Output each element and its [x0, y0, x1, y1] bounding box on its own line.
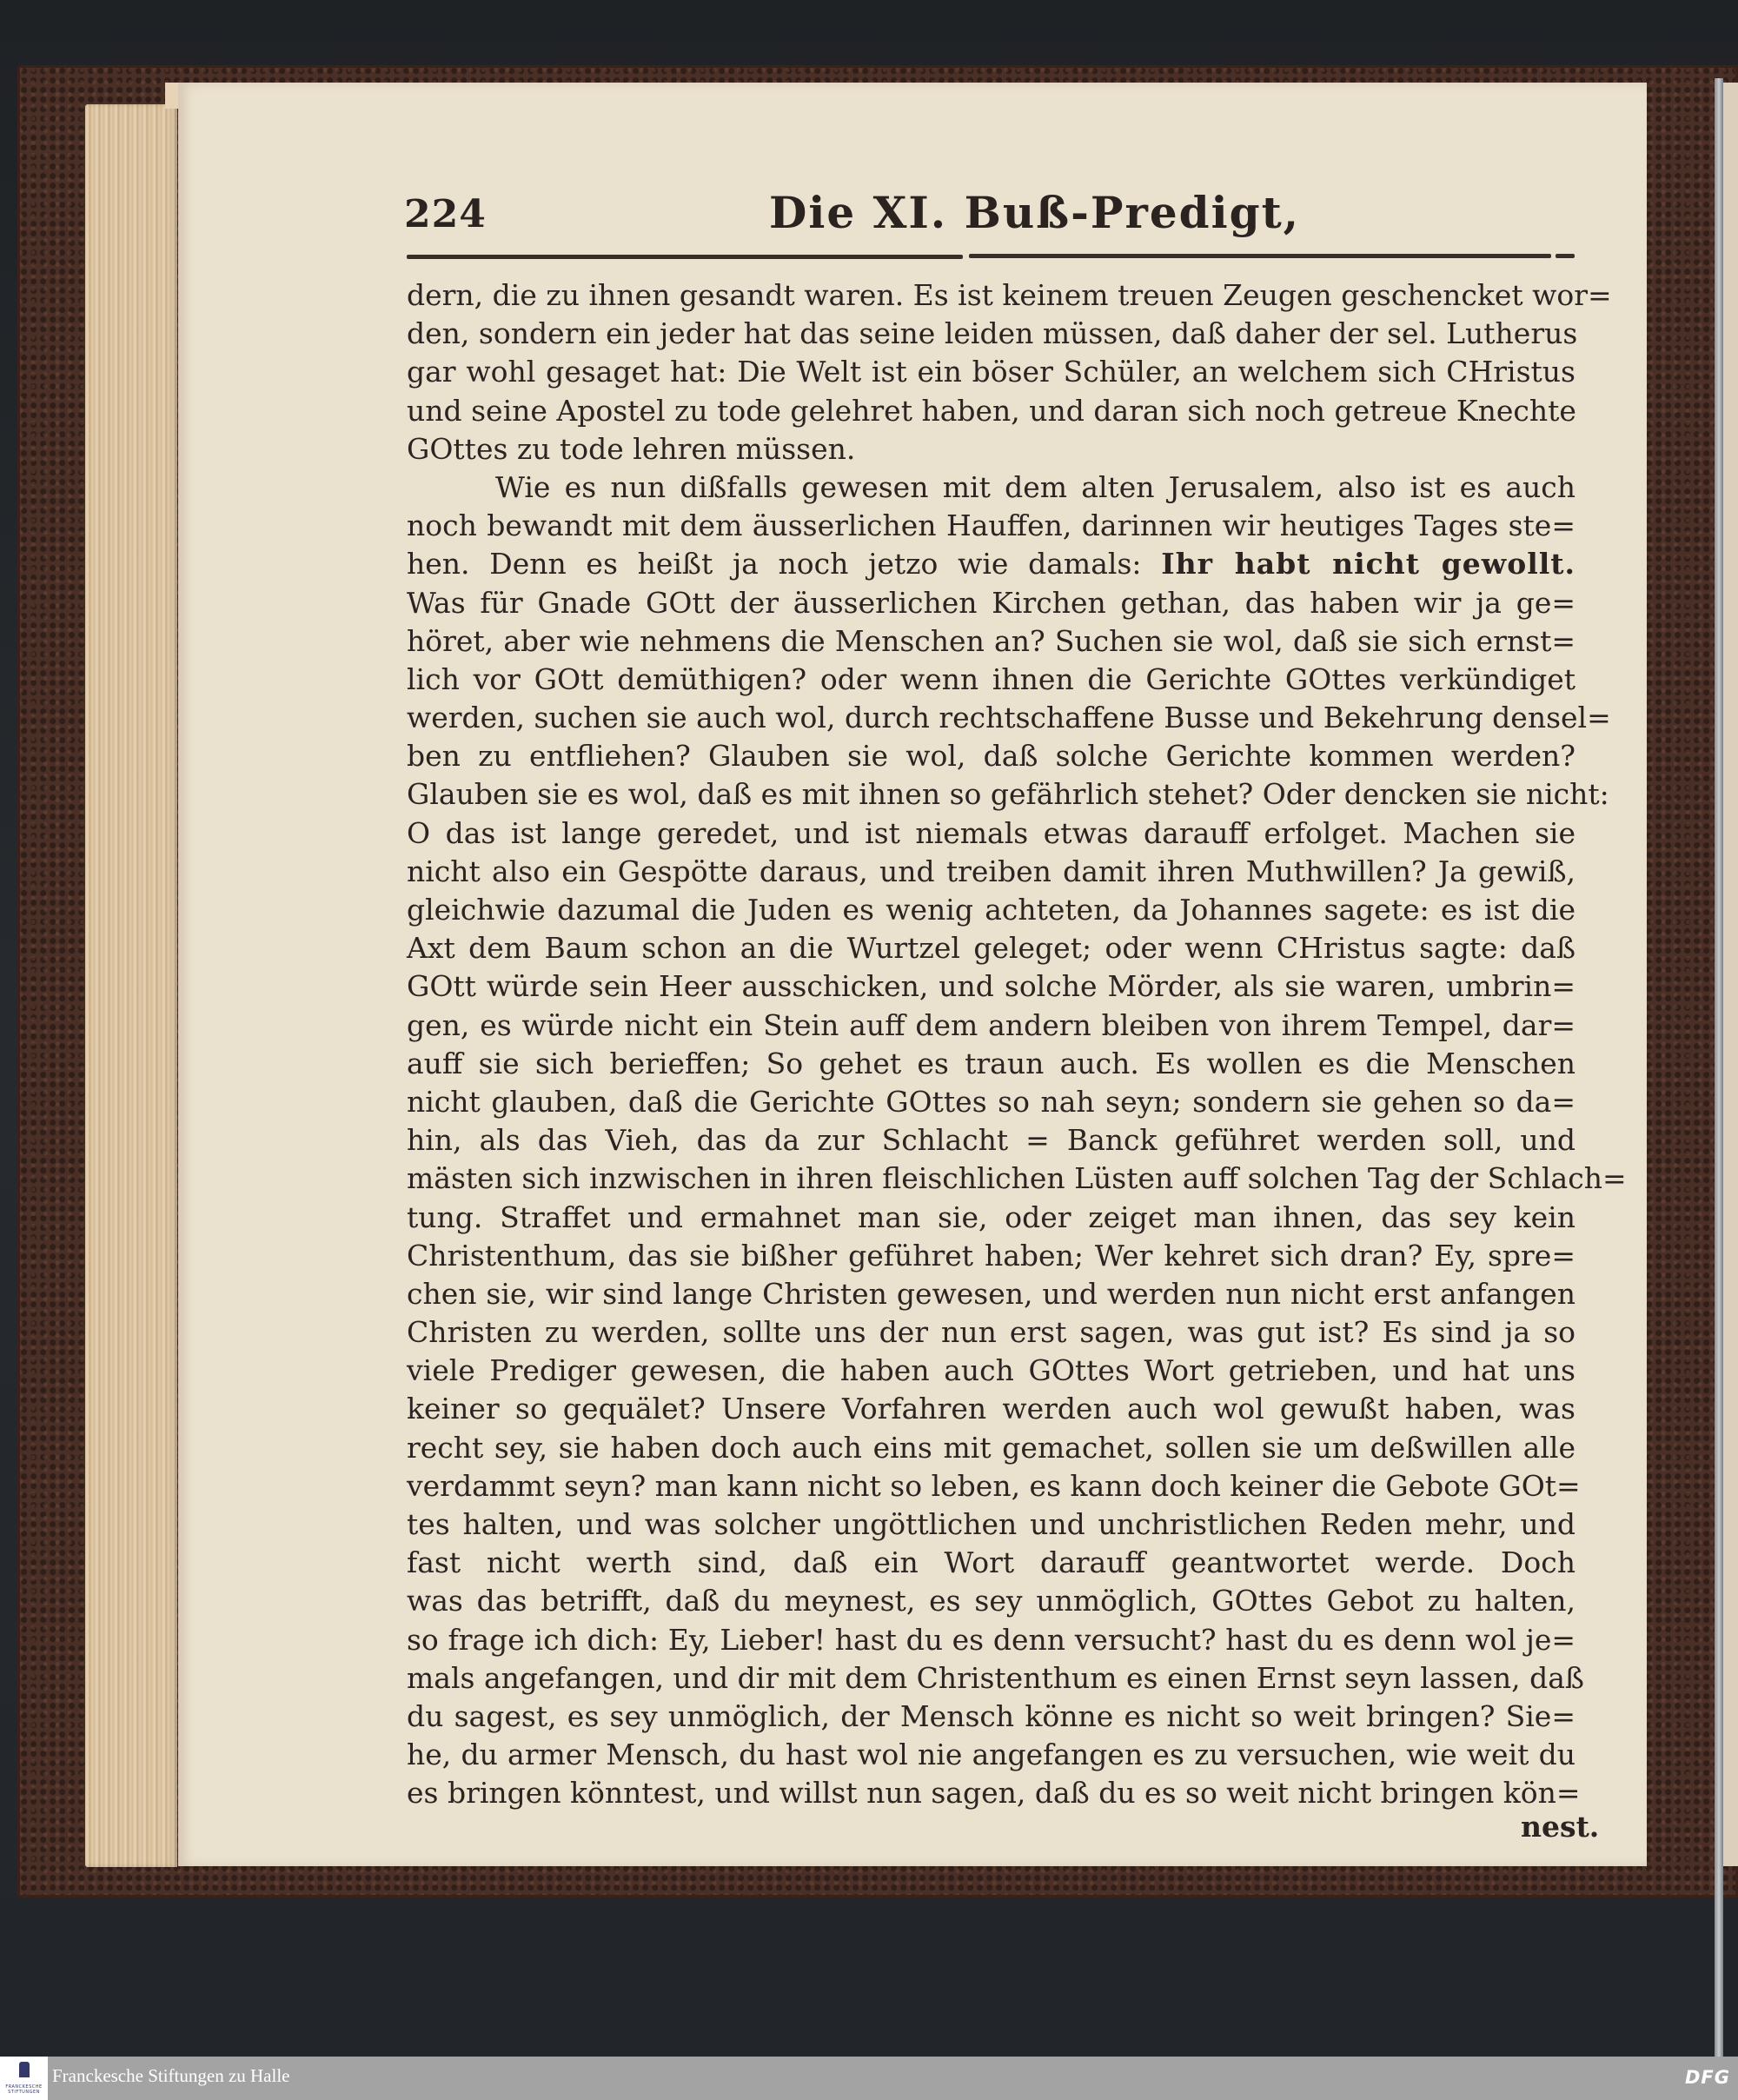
text-line: höret, aber wie nehmens die Menschen an?… — [407, 622, 1575, 661]
page-edges-stack — [85, 104, 177, 1867]
text-line: viele Prediger gewesen, die haben auch G… — [407, 1352, 1575, 1390]
text-line: Glauben sie es wol, daß es mit ihnen so … — [407, 775, 1575, 814]
text-line: ben zu entfliehen? Glauben sie wol, daß … — [407, 737, 1575, 775]
header-rule — [1556, 254, 1575, 258]
text-line: so frage ich dich: Ey, Lieber! hast du e… — [407, 1621, 1575, 1659]
text-line: gleichwie dazumal die Juden es wenig ach… — [407, 891, 1575, 929]
text-line: dern, die zu ihnen gesandt waren. Es ist… — [407, 276, 1575, 315]
text-line: GOtt würde sein Heer ausschicken, und so… — [407, 967, 1575, 1006]
text-line: Christen zu werden, sollte uns der nun e… — [407, 1313, 1575, 1352]
text-line: den, sondern ein jeder hat das seine lei… — [407, 315, 1575, 353]
logo-text-line: STIFTUNGEN — [2, 2090, 46, 2095]
text-line: GOttes zu tode lehren müssen. — [407, 430, 1575, 469]
page-number: 224 — [404, 192, 487, 236]
text-line: hin, als das Vieh, das da zur Schlacht =… — [407, 1121, 1575, 1160]
running-head: 224 Die XI. Buß-Predigt, — [404, 187, 1573, 248]
footer-bar: FRANCKESCHE STIFTUNGEN Franckesche Stift… — [0, 2057, 1738, 2100]
text-line: gar wohl gesaget hat: Die Welt ist ein b… — [407, 353, 1575, 391]
text-line: tes halten, und was solcher ungöttlichen… — [407, 1505, 1575, 1544]
scanner-gutter-strip — [1715, 78, 1723, 2057]
text-line: keiner so gequälet? Unsere Vorfahren wer… — [407, 1390, 1575, 1428]
facing-page-edge — [1723, 83, 1738, 1866]
text-line: gen, es würde nicht ein Stein auff dem a… — [407, 1007, 1575, 1045]
text-segment: hen. Denn es heißt ja noch jetzo wie dam… — [407, 547, 1142, 581]
text-line: noch bewandt mit dem äusserlichen Hauffe… — [407, 507, 1575, 545]
text-line: nicht also ein Gespötte daraus, und trei… — [407, 853, 1575, 891]
text-line: fast nicht werth sind, daß ein Wort dara… — [407, 1544, 1575, 1582]
text-line: und seine Apostel zu tode gelehret haben… — [407, 392, 1575, 430]
logo-text: FRANCKESCHE STIFTUNGEN — [2, 2084, 46, 2095]
text-line: werden, suchen sie auch wol, durch recht… — [407, 699, 1575, 737]
text-line: Was für Gnade GOtt der äusserlichen Kirc… — [407, 584, 1575, 622]
emphasized-quote: Ihr habt nicht gewollt. — [1161, 547, 1575, 581]
text-line: du sagest, es sey unmöglich, der Mensch … — [407, 1698, 1575, 1736]
dfg-logo[interactable]: DFG — [1685, 2067, 1730, 2088]
text-line: verdammt seyn? man kann nicht so leben, … — [407, 1467, 1575, 1505]
catchword: nest. — [1521, 1810, 1599, 1844]
logo-figure-icon — [19, 2062, 30, 2077]
text-line: mals angefangen, und dir mit dem Christe… — [407, 1659, 1575, 1698]
text-line: tung. Straffet und ermahnet man sie, ode… — [407, 1199, 1575, 1237]
institution-logo[interactable]: FRANCKESCHE STIFTUNGEN — [0, 2057, 48, 2100]
text-line: chen sie, wir sind lange Christen gewese… — [407, 1275, 1575, 1313]
header-rule — [969, 254, 1551, 258]
text-line: mästen sich inzwischen in ihren fleischl… — [407, 1160, 1575, 1198]
text-line: es bringen könntest, und willst nun sage… — [407, 1774, 1575, 1812]
text-line: nicht glauben, daß die Gerichte GOttes s… — [407, 1083, 1575, 1121]
text-line: was das betrifft, daß du meynest, es sey… — [407, 1582, 1575, 1620]
text-line: O das ist lange geredet, und ist niemals… — [407, 814, 1575, 853]
header-rule — [407, 255, 963, 259]
text-line: lich vor GOtt demüthigen? oder wenn ihne… — [407, 661, 1575, 699]
running-title: Die XI. Buß-Predigt, — [769, 187, 1300, 238]
text-line: Axt dem Baum schon an die Wurtzel gelege… — [407, 929, 1575, 967]
institution-name[interactable]: Franckesche Stiftungen zu Halle — [52, 2065, 290, 2087]
paragraph-start-line: Wie es nun dißfalls gewesen mit dem alte… — [407, 469, 1575, 507]
text-line: auff sie sich berieffen; So gehet es tra… — [407, 1045, 1575, 1083]
text-line: he, du armer Mensch, du hast wol nie ang… — [407, 1736, 1575, 1774]
body-text: dern, die zu ihnen gesandt waren. Es ist… — [407, 276, 1575, 1813]
text-line: Christenthum, das sie bißher geführet ha… — [407, 1237, 1575, 1275]
text-line-with-emphasis: hen. Denn es heißt ja noch jetzo wie dam… — [407, 545, 1575, 583]
text-line: recht sey, sie haben doch auch eins mit … — [407, 1429, 1575, 1467]
